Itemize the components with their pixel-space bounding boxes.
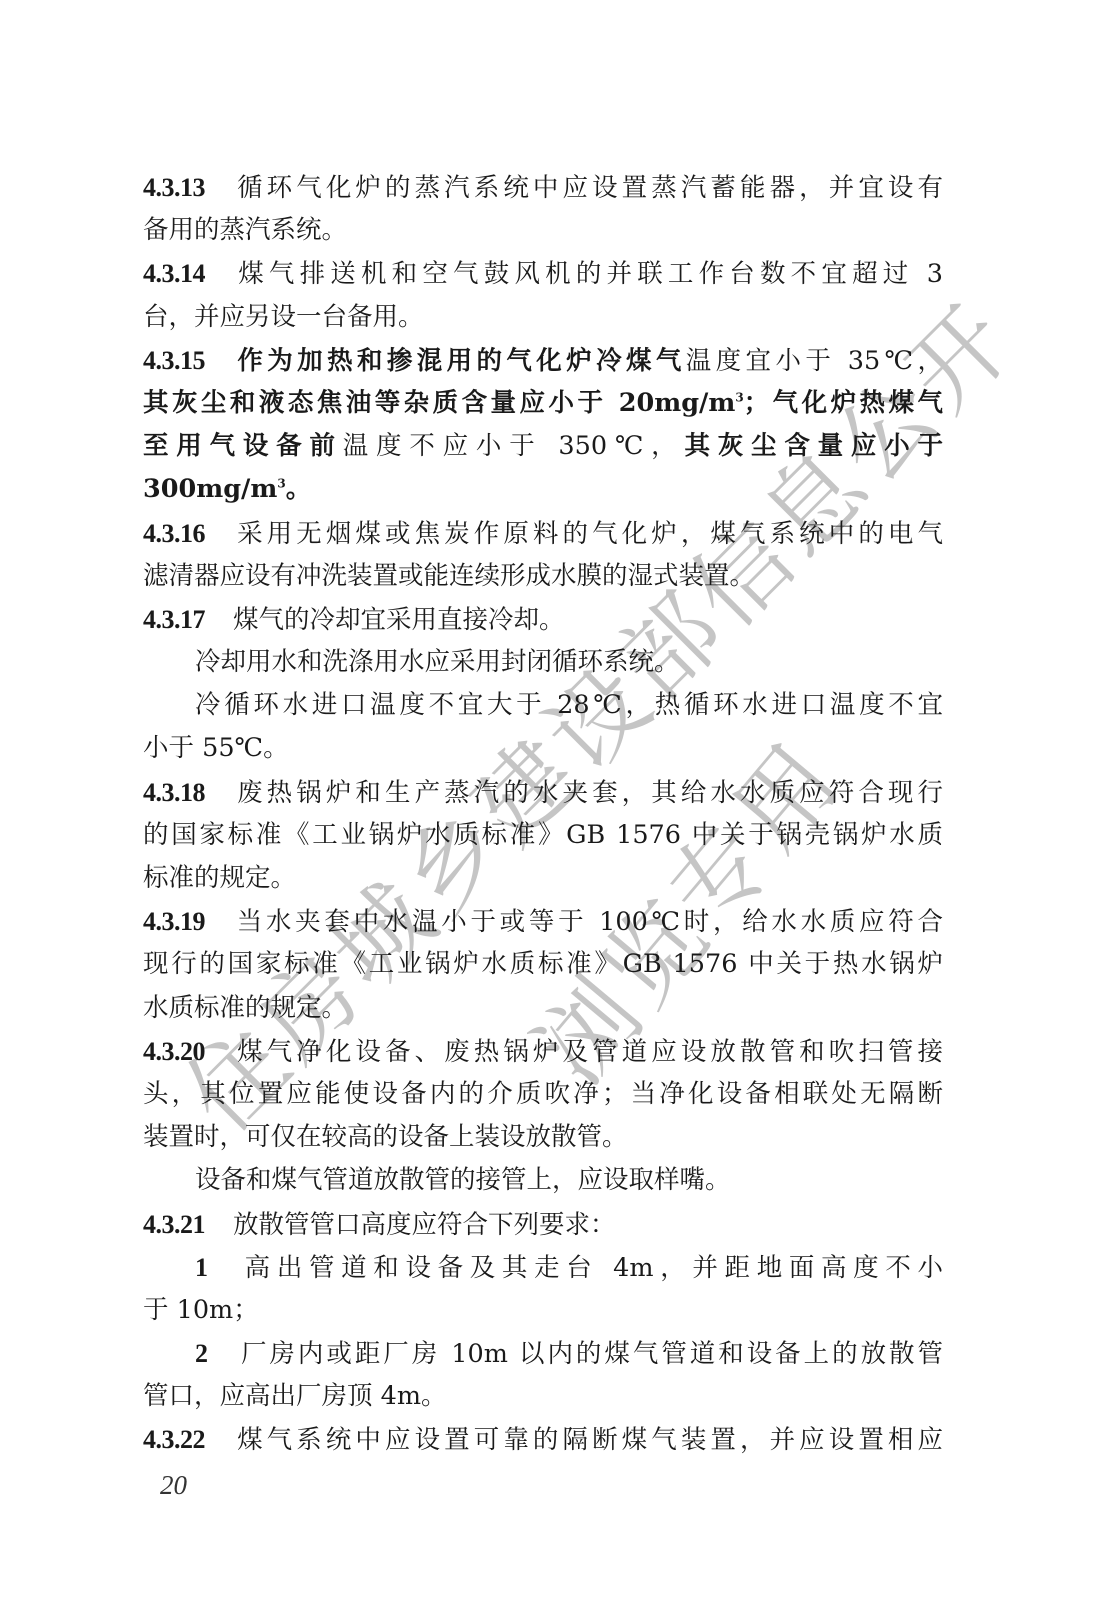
clause-4-3-16-line-2: 滤清器应设有冲洗装置或能连续形成水膜的湿式装置。 (143, 555, 943, 598)
clause-4-3-21-item-1-line-1: 1高出管道和设备及其走台 4m，并距地面高度不小 (143, 1246, 943, 1289)
clause-4-3-13-line-2: 备用的蒸汽系统。 (143, 209, 943, 252)
clause-4-3-17-line-1: 4.3.17煤气的冷却宜采用直接冷却。 (143, 598, 943, 641)
clause-4-3-15-line-1: 4.3.15作为加热和掺混用的气化炉冷煤气温度宜小于 35℃， (143, 339, 943, 382)
clause-4-3-17-para-1: 冷却用水和洗涤用水应采用封闭循环系统。 (143, 641, 943, 684)
clause-4-3-20-para-1: 设备和煤气管道放散管的接管上，应设取样嘴。 (143, 1159, 943, 1202)
clause-4-3-15-line-2: 其灰尘和液态焦油等杂质含量应小于 20mg/m3；气化炉热煤气 (143, 382, 943, 425)
superscript: 3 (277, 477, 285, 491)
clause-4-3-21-line-1: 4.3.21放散管管口高度应符合下列要求： (143, 1203, 943, 1246)
clause-text: 煤气净化设备、废热锅炉及管道应设放散管和吹扫管接 (233, 1037, 943, 1067)
clause-number: 4.3.16 (143, 519, 205, 548)
clause-4-3-20-line-3: 装置时，可仅在较高的设备上装设放散管。 (143, 1116, 943, 1159)
clause-4-3-13-line-1: 4.3.13循环气化炉的蒸汽系统中应设置蒸汽蓄能器，并宜设有 (143, 166, 943, 209)
clause-text: 放散管管口高度应符合下列要求： (233, 1210, 616, 1240)
clause-number: 4.3.22 (143, 1425, 205, 1454)
mandatory-text: 其灰尘和液态焦油等杂质含量应小于 20mg/m (143, 388, 735, 418)
clause-4-3-17-para-2-cont: 小于 55℃。 (143, 727, 943, 770)
clause-4-3-18-line-1: 4.3.18废热锅炉和生产蒸汽的水夹套，其给水水质应符合现行 (143, 771, 943, 814)
item-text: 高出管道和设备及其走台 4m，并距地面高度不小 (238, 1253, 943, 1283)
clause-text: 煤气系统中应设置可靠的隔断煤气装置，并应设置相应 (233, 1425, 943, 1455)
item-number: 1 (195, 1253, 208, 1282)
punctuation: 。 (286, 474, 312, 504)
clause-4-3-14-line-2: 台，并应另设一台备用。 (143, 296, 943, 339)
clause-4-3-17-para-2: 冷循环水进口温度不宜大于 28℃，热循环水进口温度不宜 (143, 684, 943, 727)
item-text: 厂房内或距厂房 10m 以内的煤气管道和设备上的放散管 (238, 1339, 943, 1369)
clause-number: 4.3.18 (143, 778, 205, 807)
clause-4-3-16-line-1: 4.3.16采用无烟煤或焦炭作原料的气化炉，煤气系统中的电气 (143, 512, 943, 555)
mandatory-text: 作为加热和掺混用的气化炉冷煤气 (233, 346, 686, 376)
superscript: 3 (735, 390, 743, 404)
clause-number: 4.3.20 (143, 1037, 205, 1066)
page-number: 20 (160, 1470, 187, 1501)
clause-4-3-19-line-2: 现行的国家标准《工业锅炉水质标准》GB 1576 中关于热水锅炉 (143, 943, 943, 986)
clause-number: 4.3.21 (143, 1210, 205, 1239)
clause-4-3-19-line-1: 4.3.19当水夹套中水温小于或等于 100℃时，给水水质应符合 (143, 900, 943, 943)
clause-text: 循环气化炉的蒸汽系统中应设置蒸汽蓄能器，并宜设有 (233, 173, 943, 203)
clause-4-3-20-line-2: 头，其位置应能使设备内的介质吹净；当净化设备相联处无隔断 (143, 1073, 943, 1116)
clause-number: 4.3.17 (143, 605, 205, 634)
clause-4-3-14-line-1: 4.3.14煤气排送机和空气鼓风机的并联工作台数不宜超过 3 (143, 252, 943, 295)
clause-4-3-18-line-3: 标准的规定。 (143, 857, 943, 900)
clause-text: 温度宜小于 35℃， (686, 346, 943, 376)
clause-4-3-19-line-3: 水质标准的规定。 (143, 987, 943, 1030)
clause-4-3-18-line-2: 的国家标准《工业锅炉水质标准》GB 1576 中关于锅壳锅炉水质 (143, 814, 943, 857)
clause-body: 4.3.13循环气化炉的蒸汽系统中应设置蒸汽蓄能器，并宜设有 备用的蒸汽系统。 … (143, 166, 943, 1462)
mandatory-text: 其灰尘含量应小于 (684, 431, 943, 461)
clause-4-3-21-item-2-line-1: 2厂房内或距厂房 10m 以内的煤气管道和设备上的放散管 (143, 1332, 943, 1375)
clause-text: 采用无烟煤或焦炭作原料的气化炉，煤气系统中的电气 (233, 519, 943, 549)
clause-4-3-20-line-1: 4.3.20煤气净化设备、废热锅炉及管道应设放散管和吹扫管接 (143, 1030, 943, 1073)
clause-4-3-15-line-4: 300mg/m3。 (143, 468, 943, 511)
mandatory-text: 300mg/m (143, 474, 277, 504)
clause-4-3-15-line-3: 至用气设备前温度不应小于 350℃，其灰尘含量应小于 (143, 425, 943, 468)
clause-number: 4.3.14 (143, 259, 205, 288)
clause-text: 当水夹套中水温小于或等于 100℃时，给水水质应符合 (233, 907, 943, 937)
mandatory-text: 至用气设备前 (143, 431, 343, 461)
clause-text: 废热锅炉和生产蒸汽的水夹套，其给水水质应符合现行 (233, 778, 943, 808)
clause-number: 4.3.15 (143, 346, 205, 375)
clause-4-3-21-item-2-line-2: 管口，应高出厂房顶 4m。 (143, 1375, 943, 1418)
document-page: 住房城乡建设部信息公开 浏览专用 4.3.13循环气化炉的蒸汽系统中应设置蒸汽蓄… (0, 0, 1103, 1598)
clause-text: 煤气排送机和空气鼓风机的并联工作台数不宜超过 3 (233, 259, 943, 289)
item-number: 2 (195, 1339, 208, 1368)
mandatory-text: ；气化炉热煤气 (744, 388, 943, 418)
clause-text: 煤气的冷却宜采用直接冷却。 (233, 605, 565, 635)
clause-number: 4.3.19 (143, 907, 205, 936)
clause-4-3-21-item-1-line-2: 于 10m； (143, 1289, 943, 1332)
clause-4-3-22-line-1: 4.3.22煤气系统中应设置可靠的隔断煤气装置，并应设置相应 (143, 1418, 943, 1461)
clause-text: 温度不应小于 350℃， (343, 431, 685, 461)
clause-number: 4.3.13 (143, 173, 205, 202)
